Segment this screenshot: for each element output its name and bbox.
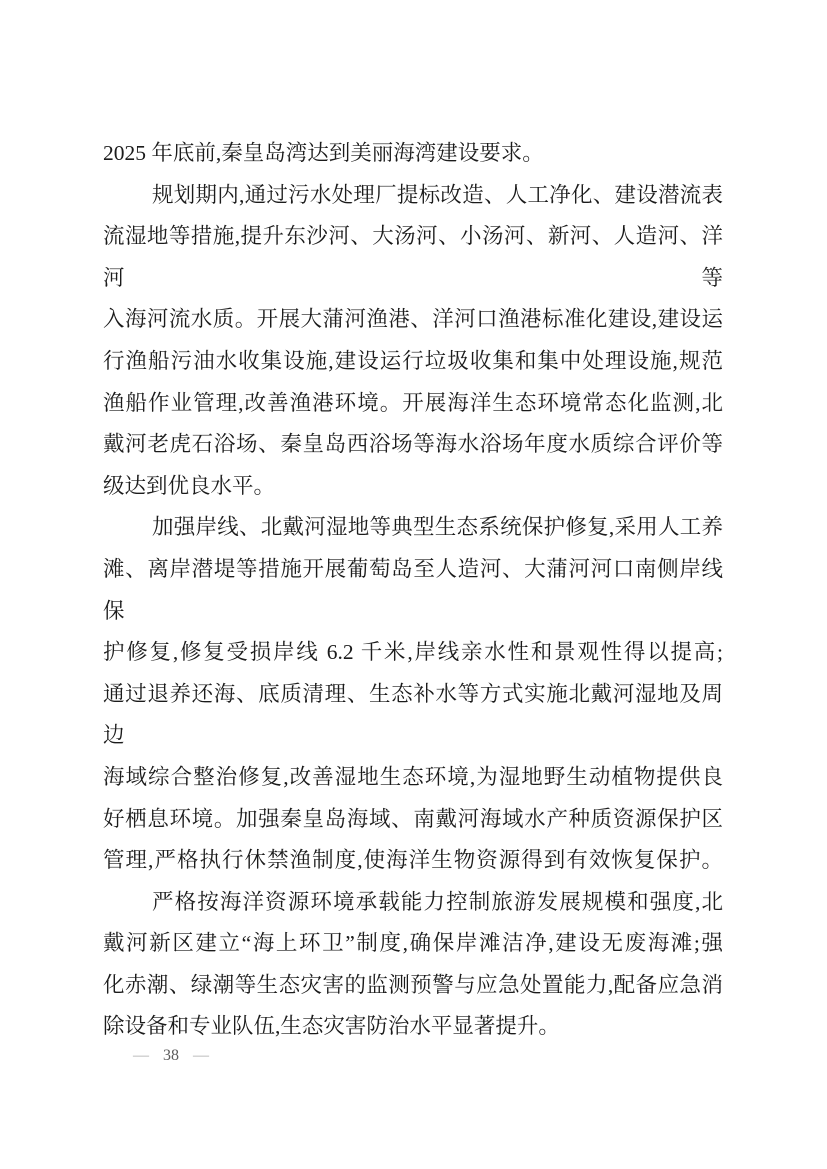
- body-line: 渔船作业管理,改善渔港环境。开展海洋生态环境常态化监测,北: [103, 383, 723, 425]
- body-line: 好栖息环境。加强秦皇岛海域、南戴河海域水产种质资源保护区: [103, 799, 723, 841]
- body-line: 行渔船污油水收集设施,建设运行垃圾收集和集中处理设施,规范: [103, 341, 723, 383]
- page-footer: —38—: [133, 1046, 209, 1066]
- body-line: 除设备和专业队伍,生态灾害防治水平显著提升。: [103, 1006, 723, 1048]
- body-line: 戴河老虎石浴场、秦皇岛西浴场等海水浴场年度水质综合评价等: [103, 424, 723, 466]
- body-line: 入海河流水质。开展大蒲河渔港、洋河口渔港标准化建设,建设运: [103, 299, 723, 341]
- body-line: 海域综合整治修复,改善湿地生态环境,为湿地野生动植物提供良: [103, 757, 723, 799]
- body-line: 护修复,修复受损岸线 6.2 千米,岸线亲水性和景观性得以提高;: [103, 632, 723, 674]
- page-number: 38: [163, 1046, 179, 1066]
- body-line: 2025 年底前,秦皇岛湾达到美丽海湾建设要求。: [103, 133, 723, 175]
- body-line: 流湿地等措施,提升东沙河、大汤河、小汤河、新河、人造河、洋河等: [103, 216, 723, 299]
- body-line: 严格按海洋资源环境承载能力控制旅游发展规模和强度,北: [103, 882, 723, 924]
- footer-dash-left: —: [133, 1047, 149, 1064]
- footer-dash-right: —: [193, 1047, 209, 1064]
- body-line: 规划期内,通过污水处理厂提标改造、人工净化、建设潜流表: [103, 175, 723, 217]
- body-line: 戴河新区建立“海上环卫”制度,确保岸滩洁净,建设无废海滩;强: [103, 923, 723, 965]
- body-text-block: 2025 年底前,秦皇岛湾达到美丽海湾建设要求。 规划期内,通过污水处理厂提标改…: [103, 133, 723, 1048]
- body-line: 化赤潮、绿潮等生态灾害的监测预警与应急处置能力,配备应急消: [103, 965, 723, 1007]
- body-line: 管理,严格执行休禁渔制度,使海洋生物资源得到有效恢复保护。: [103, 840, 723, 882]
- document-page: 2025 年底前,秦皇岛湾达到美丽海湾建设要求。 规划期内,通过污水处理厂提标改…: [0, 0, 827, 1169]
- body-line: 通过退养还海、底质清理、生态补水等方式实施北戴河湿地及周边: [103, 674, 723, 757]
- body-line: 加强岸线、北戴河湿地等典型生态系统保护修复,采用人工养: [103, 507, 723, 549]
- body-line: 滩、离岸潜堤等措施开展葡萄岛至人造河、大蒲河河口南侧岸线保: [103, 549, 723, 632]
- body-line: 级达到优良水平。: [103, 466, 723, 508]
